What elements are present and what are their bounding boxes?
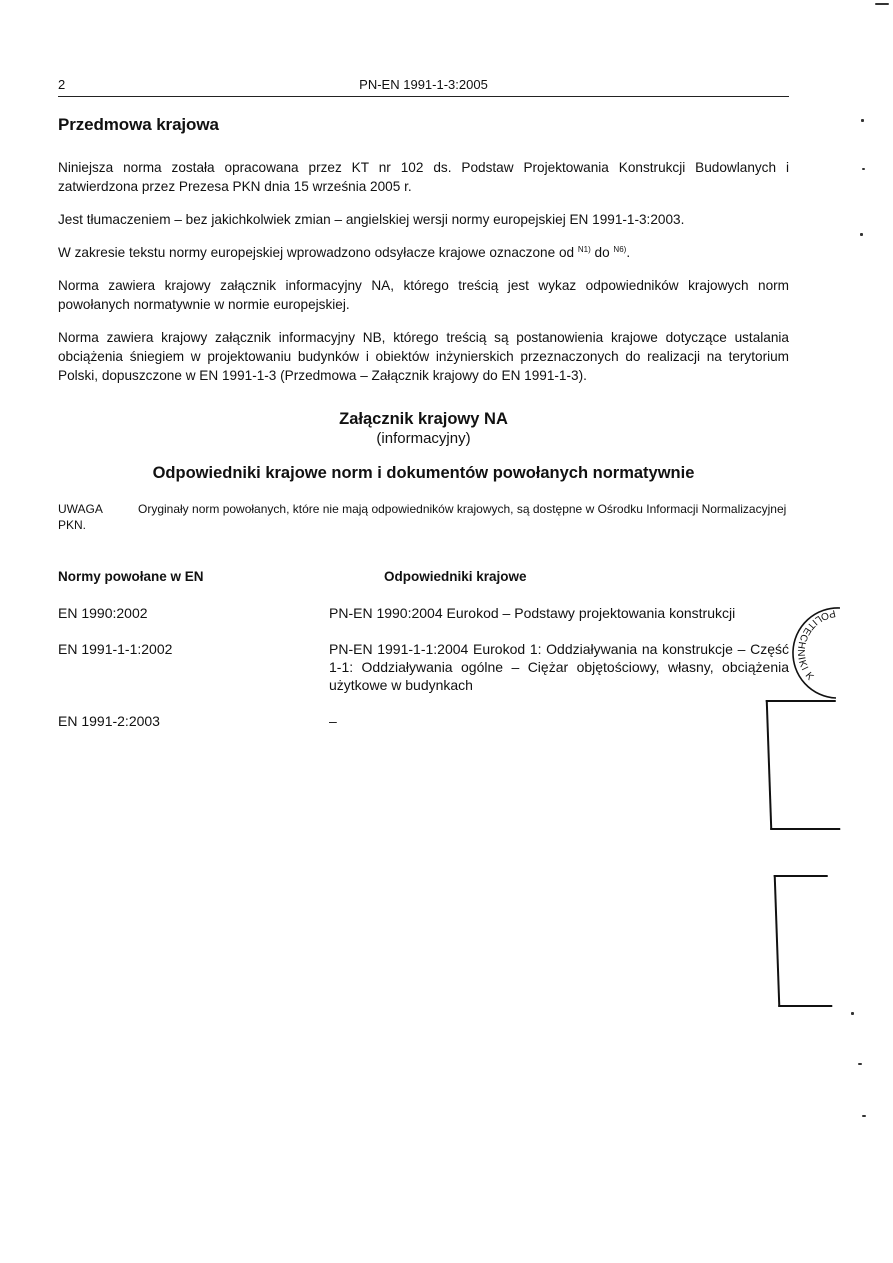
table-row: EN 1990:2002 PN-EN 1990:2004 Eurokod – P… <box>58 604 789 622</box>
scan-speck <box>862 168 865 170</box>
scan-speck <box>861 119 864 122</box>
scan-speck <box>860 233 863 236</box>
table-row: EN 1991-1-1:2002 PN-EN 1991-1-1:2004 Eur… <box>58 640 789 694</box>
references-table: Normy powołane w EN Odpowiedniki krajowe… <box>58 569 789 730</box>
margin-bracket-mark <box>766 700 841 830</box>
table-header: Normy powołane w EN Odpowiedniki krajowe <box>58 569 789 584</box>
column-header-referenced: Normy powołane w EN <box>58 569 329 584</box>
note-text: Oryginały norm powołanych, które nie maj… <box>58 502 786 532</box>
footnote-sentence-middle: do <box>591 245 614 260</box>
annex-title: Załącznik krajowy NA <box>58 409 789 429</box>
footnote-ref-from: N1) <box>578 245 591 254</box>
table-row: EN 1991-2:2003 – <box>58 712 789 730</box>
foreword-paragraph-2: Jest tłumaczeniem – bez jakichkolwiek zm… <box>58 210 789 229</box>
footnote-sentence-end: . <box>626 245 630 260</box>
scan-speck <box>862 1115 866 1117</box>
scan-speck <box>875 3 889 5</box>
scan-speck <box>851 1012 854 1015</box>
footnote-sentence-text: W zakresie tekstu normy europejskiej wpr… <box>58 245 578 260</box>
footnote-ref-to: N6) <box>613 245 626 254</box>
foreword-paragraph-4: Norma zawiera krajowy załącznik informac… <box>58 328 789 385</box>
foreword-paragraph-1: Niniejsza norma została opracowana przez… <box>58 158 789 196</box>
stamp-text: POLITECHNIKI K <box>795 607 837 683</box>
table-cell: PN-EN 1991-1-1:2004 Eurokod 1: Oddziaływ… <box>329 640 789 694</box>
table-cell: EN 1991-2:2003 <box>58 712 329 730</box>
table-cell: PN-EN 1990:2004 Eurokod – Podstawy proje… <box>329 604 789 622</box>
scan-speck <box>858 1063 862 1065</box>
margin-bracket-mark <box>774 875 833 1007</box>
annex-header: Załącznik krajowy NA (informacyjny) Odpo… <box>58 409 789 483</box>
table-cell: EN 1990:2002 <box>58 604 329 622</box>
table-cell: EN 1991-1-1:2002 <box>58 640 329 694</box>
document-id: PN-EN 1991-1-3:2005 <box>58 77 789 92</box>
page-header: 2 PN-EN 1991-1-3:2005 <box>58 77 789 97</box>
table-cell: – <box>329 712 789 730</box>
svg-text:POLITECHNIKI K: POLITECHNIKI K <box>795 607 837 683</box>
library-stamp-icon: POLITECHNIKI K <box>770 602 850 702</box>
foreword-title: Przedmowa krajowa <box>58 115 789 135</box>
foreword-paragraph-3: Norma zawiera krajowy załącznik informac… <box>58 276 789 314</box>
column-header-national: Odpowiedniki krajowe <box>329 569 789 584</box>
note-label: UWAGA <box>58 501 138 517</box>
annex-subtitle: (informacyjny) <box>58 429 789 448</box>
page-content: Przedmowa krajowa Niniejsza norma został… <box>58 115 789 748</box>
foreword-paragraph-footnotes: W zakresie tekstu normy europejskiej wpr… <box>58 243 789 262</box>
note: UWAGAOryginały norm powołanych, które ni… <box>58 501 789 533</box>
annex-heading: Odpowiedniki krajowe norm i dokumentów p… <box>58 464 789 483</box>
